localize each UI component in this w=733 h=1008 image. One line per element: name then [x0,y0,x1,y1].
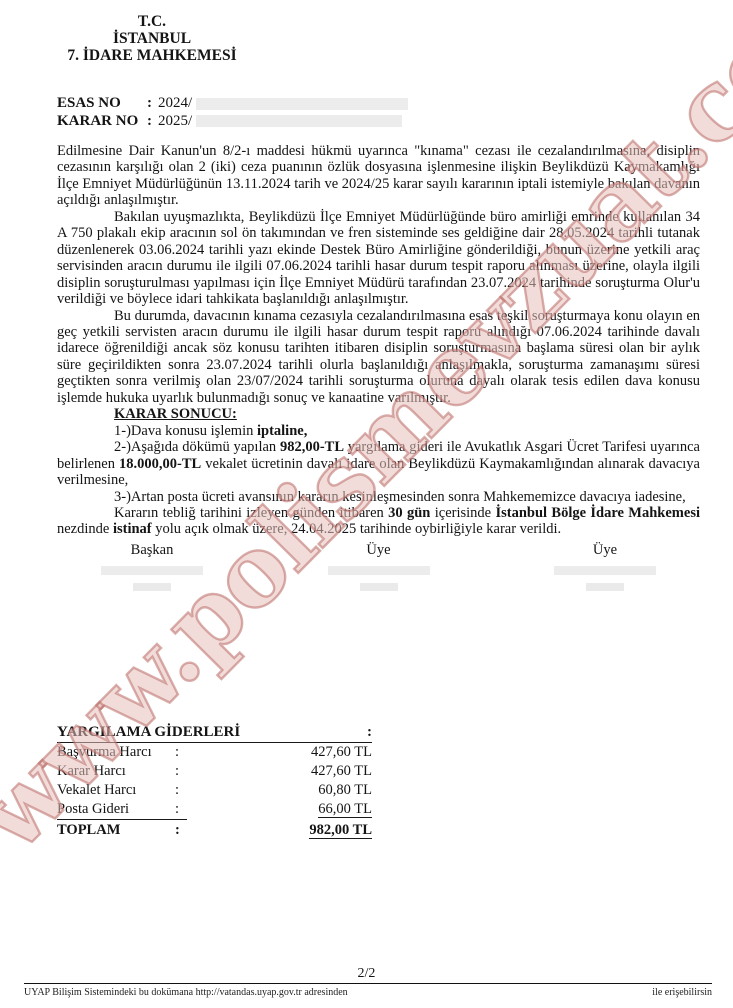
paragraph-reasoning: Bu durumda, davacının kınama cezasıyla c… [57,308,700,407]
cost-amount: 427,60 TL [187,743,372,762]
closing-text-1: Kararın tebliğ tarihini izleyen günden i… [114,505,388,521]
court-name: 7. İDARE MAHKEMESİ [57,47,247,64]
cost-amount-value: 66,00 TL [318,801,372,818]
page-number: 2/2 [0,966,733,982]
closing-text-4: yolu açık olmak üzere, 24.04.2025 tarihi… [152,521,562,537]
total-amount: 982,00 TL [187,821,372,840]
cost-separator: : [175,800,187,819]
signature-role-president: Başkan [57,542,247,559]
closing-text-3: nezdinde [57,521,113,537]
member-1-id-redaction-box [360,583,398,591]
decision-item-3: 3-)Artan posta ücreti avansının kararın … [57,489,700,505]
signature-role-member-2: Üye [510,542,700,559]
costs-table-title-colon: : [367,724,372,741]
item-2-amount-attorney-fee: 18.000,00-TL [119,456,201,472]
court-decision-page: T.C. İSTANBUL 7. İDARE MAHKEMESİ ESAS NO… [0,0,733,1008]
cost-amount: 427,60 TL [187,762,372,781]
esas-no-row: ESAS NO : 2024/ [57,95,733,113]
cost-row-total: TOPLAM : 982,00 TL [57,820,372,840]
closing-text-2: içerisinde [430,505,495,521]
signature-role-member-1: Üye [284,542,474,559]
decision-item-2: 2-)Aşağıda dökümü yapılan 982,00-TL yarg… [57,439,700,488]
president-id-redaction-box [133,583,171,591]
karar-no-label: KARAR NO [57,113,147,131]
item-3-text: Artan posta ücreti avansının kararın kes… [131,489,686,505]
member-2-id-redaction-box [586,583,624,591]
cost-amount: 66,00 TL [187,800,372,820]
cost-label: Başvurma Harcı [57,743,175,762]
paragraph-facts: Bakılan uyuşmazlıkta, Beylikdüzü İlçe Em… [57,209,700,308]
page-footer: 2/2 UYAP Bilişim Sistemindeki bu doküman… [0,966,733,998]
costs-table-header: YARGILAMA GİDERLERİ : [57,724,372,743]
total-separator: : [175,821,187,840]
member-1-name-redaction-box [328,566,430,575]
signature-column-member-2: Üye [510,542,700,591]
decision-result-heading: KARAR SONUCU: [114,406,237,422]
president-name-redaction-box [101,566,203,575]
cost-row-basvurma-harci: Başvurma Harcı : 427,60 TL [57,743,372,762]
item-3-number: 3-) [114,489,131,505]
cost-left-segment: Posta Gideri : [57,800,187,820]
uyap-access-text-right: ile erişebilirsin [652,987,712,998]
republic-title: T.C. [57,13,247,30]
esas-no-redaction-box [196,98,408,110]
cost-separator: : [175,762,187,781]
signature-column-member-1: Üye [284,542,474,591]
cost-row-karar-harci: Karar Harcı : 427,60 TL [57,762,372,781]
cost-label: Posta Gideri [57,800,175,819]
closing-paragraph: Kararın tebliğ tarihini izleyen günden i… [57,505,700,538]
case-numbers: ESAS NO : 2024/ KARAR NO : 2025/ [57,95,733,130]
member-2-name-redaction-box [554,566,656,575]
decision-body: Edilmesine Dair Kanun'un 8/2-ı maddesi h… [57,143,700,538]
closing-bold-istinaf: istinaf [113,521,152,537]
paragraph-continuation: Edilmesine Dair Kanun'un 8/2-ı maddesi h… [57,143,700,209]
item-2-text-1: Aşağıda dökümü yapılan [131,439,280,455]
total-amount-value: 982,00 TL [309,822,372,839]
item-2-amount-total: 982,00-TL [280,439,344,455]
item-2-number: 2-) [114,439,131,455]
esas-no-label: ESAS NO [57,95,147,113]
cost-separator: : [175,781,187,800]
decision-result-heading-line: KARAR SONUCU: [57,406,700,422]
decision-item-1: 1-)Dava konusu işlemin iptaline, [57,423,700,439]
signature-block: Başkan Üye Üye [57,542,700,591]
uyap-access-text-left: UYAP Bilişim Sistemindeki bu dokümana ht… [24,987,348,998]
cost-label: Karar Harcı [57,762,175,781]
cost-separator: : [175,743,187,762]
karar-no-value: 2025/ [158,113,192,131]
footer-texts: UYAP Bilişim Sistemindeki bu dokümana ht… [0,984,733,998]
cost-label: Vekalet Harcı [57,781,175,800]
signature-column-president: Başkan [57,542,247,591]
cost-row-vekalet-harci: Vekalet Harcı : 60,80 TL [57,781,372,800]
karar-no-separator: : [147,113,152,131]
karar-no-row: KARAR NO : 2025/ [57,113,733,131]
karar-no-redaction-box [196,115,402,127]
total-label: TOPLAM [57,821,175,840]
cost-amount: 60,80 TL [187,781,372,800]
esas-no-value: 2024/ [158,95,192,113]
item-1-bold-iptaline: iptaline, [257,423,307,439]
item-1-text: Dava konusu işlemin [131,423,257,439]
item-1-number: 1-) [114,423,131,439]
court-city: İSTANBUL [57,30,247,47]
closing-bold-court: İstanbul Bölge İdare Mahkemesi [495,505,700,521]
costs-table-title: YARGILAMA GİDERLERİ [57,724,240,741]
court-header: T.C. İSTANBUL 7. İDARE MAHKEMESİ [57,0,247,64]
esas-no-separator: : [147,95,152,113]
cost-row-posta-gideri: Posta Gideri : 66,00 TL [57,800,372,820]
closing-bold-30-gun: 30 gün [388,505,430,521]
litigation-costs-table: YARGILAMA GİDERLERİ : Başvurma Harcı : 4… [57,724,372,840]
